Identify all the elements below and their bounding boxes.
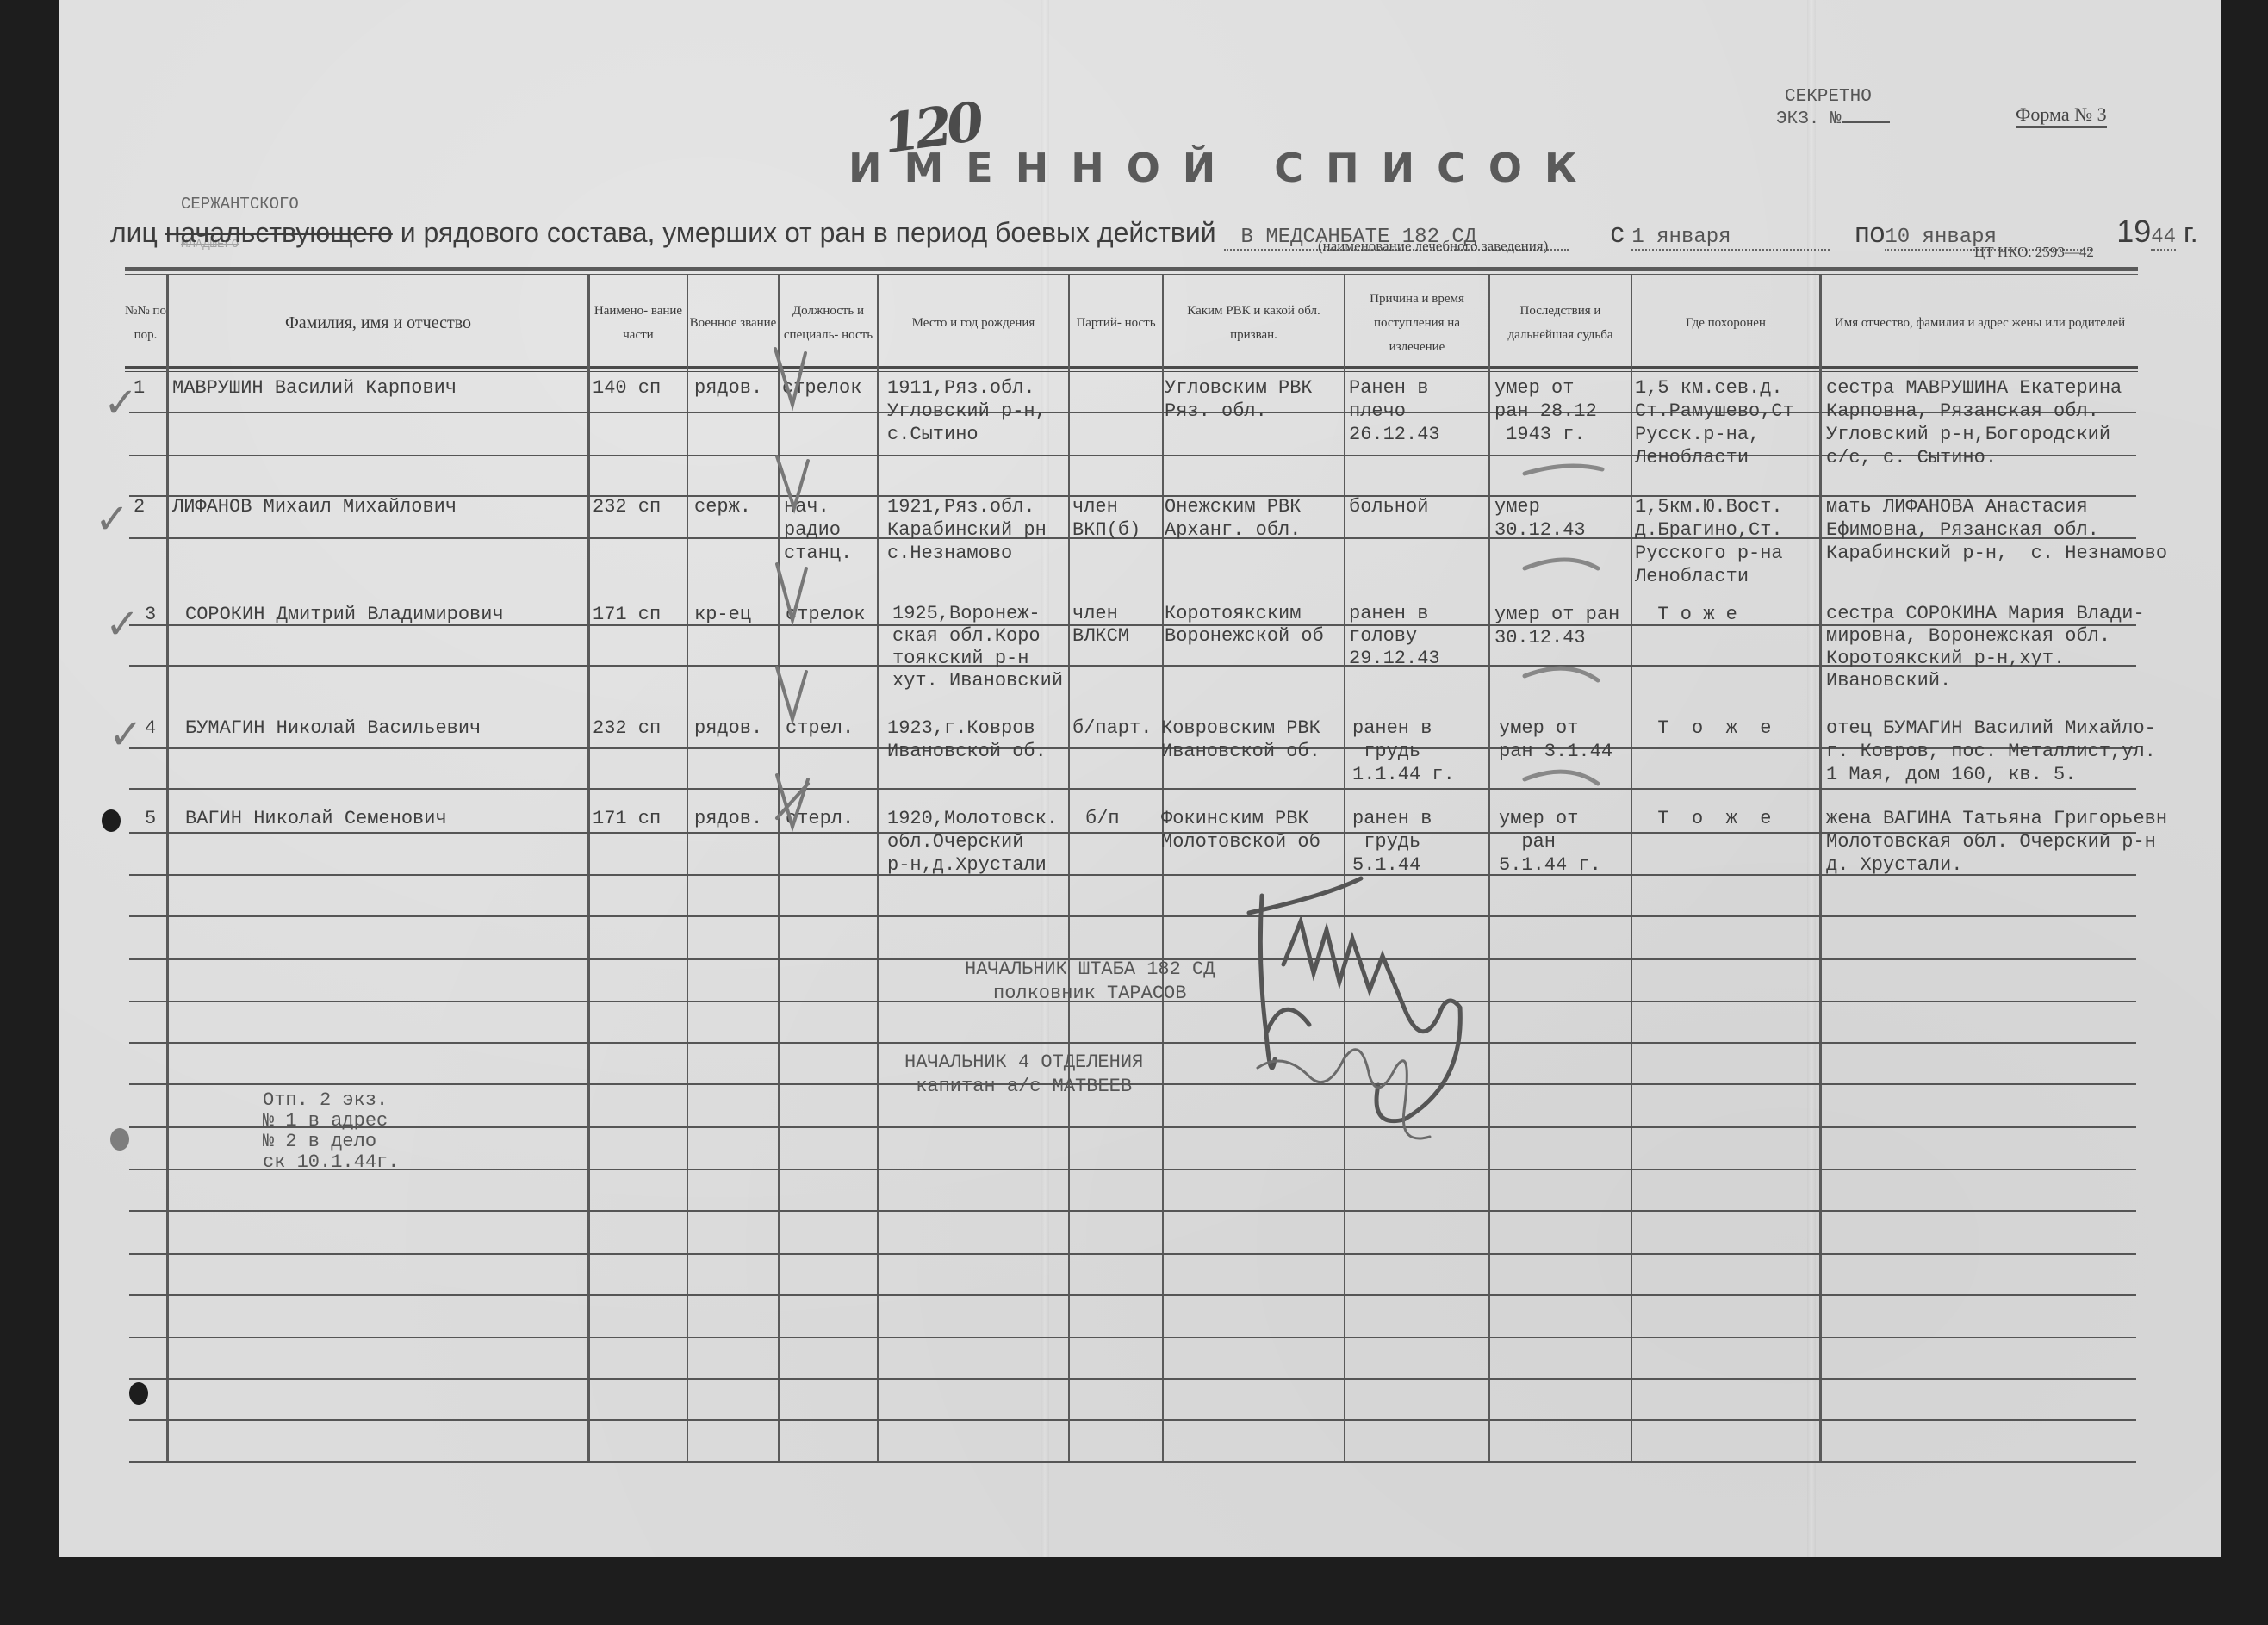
ruled-line <box>129 915 2136 917</box>
column-divider <box>687 274 688 1462</box>
rank-cell: кр-ец <box>694 603 751 626</box>
cause-cell: ранен в грудь 1.1.44 г. <box>1352 716 1455 786</box>
unit-cell: 232 сп <box>593 495 661 518</box>
person-name: БУМАГИН Николай Васильевич <box>185 716 481 740</box>
column-divider <box>1068 274 1070 1462</box>
chief-of-staff-signature-block: НАЧАЛЬНИК ШТАБА 182 СД полковник ТАРАСОВ <box>965 958 1215 1006</box>
subtitle-middle: и рядового состава, умерших от ран в пер… <box>401 217 1216 248</box>
institution-caption: (наименование лечебного заведения) <box>1318 238 1548 255</box>
secret-stamp: СЕКРЕТНО ЭКЗ. № <box>1776 86 1890 131</box>
pencil-dash-marks-icon <box>1516 456 1619 870</box>
form-code: ЦТ НКО. 2593—42 <box>1974 244 2094 261</box>
document-subtitle: лиц начальствующего и рядового состава, … <box>110 214 2198 251</box>
birth-cell: 1920,Молотовск. обл.Очерский р-н,д.Хруст… <box>887 807 1058 877</box>
pencil-check-mark: ✓ <box>105 600 140 648</box>
column-header-birth: Место и год рождения <box>879 280 1068 366</box>
fate-cell: умер от ран 28.12 1943 г. <box>1494 376 1597 446</box>
rank-cell: рядов. <box>694 807 762 830</box>
rvk-cell: Фокинским РВК Молотовской об <box>1161 807 1320 853</box>
ruled-line <box>129 1042 2136 1044</box>
copy-number-field <box>1842 121 1890 123</box>
burial-cell: 1,5км.Ю.Вост. д.Брагино,Ст. Русского р-н… <box>1635 495 1783 588</box>
form-number: Форма № 3 <box>2016 103 2107 128</box>
cause-cell: больной <box>1349 495 1428 518</box>
rvk-cell: Угловским РВК Ряз. обл. <box>1165 376 1313 423</box>
row-number: 2 <box>134 495 145 518</box>
relatives-cell: жена ВАГИНА Татьяна Григорьевн Молотовск… <box>1826 807 2167 877</box>
copy-distribution-notes: Отп. 2 экз. № 1 в адрес № 2 в дело ск 10… <box>263 1090 399 1173</box>
row-number: 5 <box>145 807 156 830</box>
relatives-cell: мать ЛИФАНОВА Анастасия Ефимовна, Рязанс… <box>1826 495 2167 565</box>
to-label: по <box>1855 217 1885 248</box>
copy-number-label: ЭКЗ. № <box>1776 109 1842 129</box>
year-unit: г. <box>2184 217 2198 248</box>
column-divider <box>1162 274 1164 1462</box>
punch-hole <box>102 809 121 832</box>
rvk-cell: Коротоякским Воронежской об <box>1165 603 1324 648</box>
row-number: 4 <box>145 716 156 740</box>
from-label: с <box>1610 217 1624 248</box>
ruled-line <box>129 1294 2136 1296</box>
ruled-line <box>129 1210 2136 1212</box>
rank-cell: рядов. <box>694 716 762 740</box>
header-bottom-border <box>125 371 2138 372</box>
column-divider <box>1631 274 1632 1462</box>
column-header-party: Партий- ность <box>1070 280 1162 366</box>
party-cell: б/п <box>1085 807 1120 830</box>
person-name: МАВРУШИН Василий Карпович <box>172 376 457 400</box>
unit-cell: 171 сп <box>593 603 661 626</box>
rank-cell: серж. <box>694 495 751 518</box>
pencil-check-mark: ✓ <box>103 379 138 427</box>
ruled-line <box>129 1419 2136 1421</box>
person-name: ВАГИН Николай Семенович <box>185 807 447 830</box>
pencil-check-mark: ✓ <box>95 495 129 543</box>
column-header-buried: Где похоронен <box>1632 280 1819 366</box>
cause-cell: Ранен в плечо 26.12.43 <box>1349 376 1440 446</box>
ruled-line <box>129 788 2136 790</box>
ruled-line <box>129 1337 2136 1338</box>
relatives-cell: сестра СОРОКИНА Мария Влади- мировна, Во… <box>1826 603 2145 692</box>
header-bottom-border <box>125 366 2138 369</box>
pencil-check-mark: ✓ <box>109 710 143 759</box>
secret-label: СЕКРЕТНО <box>1776 86 1890 109</box>
column-header-cause: Причина и время поступления на излечение <box>1345 280 1488 366</box>
column-divider <box>166 274 169 1462</box>
rvk-cell: Онежским РВК Арханг. обл. <box>1165 495 1301 542</box>
burial-cell: Т о ж е <box>1635 716 1771 740</box>
table-top-border <box>125 274 2138 275</box>
unit-cell: 232 сп <box>593 716 661 740</box>
handwritten-signature-icon <box>1232 861 1507 1171</box>
rank-cell: рядов. <box>694 376 762 400</box>
person-name: СОРОКИН Дмитрий Владимирович <box>185 603 504 626</box>
document-title: ИМЕННОЙ СПИСОК <box>848 145 1600 191</box>
column-header-number: №№ по пор. <box>125 280 166 366</box>
column-header-rvk: Каким РВК и какой обл. призван. <box>1164 280 1344 366</box>
ruled-line <box>129 1169 2136 1170</box>
column-divider <box>587 274 590 1462</box>
person-name: ЛИФАНОВ Михаил Михайлович <box>172 495 457 518</box>
burial-cell: Т о ж е <box>1635 807 1771 830</box>
column-header-unit: Наимено- вание части <box>590 280 687 366</box>
row-number: 3 <box>145 603 156 626</box>
ruled-line <box>129 1461 2136 1463</box>
pencil-marks-icon <box>758 336 827 870</box>
unit-cell: 171 сп <box>593 807 661 830</box>
department-chief-signature-block: НАЧАЛЬНИК 4 ОТДЕЛЕНИЯ капитан а/с МАТВЕЕ… <box>904 1051 1143 1099</box>
unit-cell: 140 сп <box>593 376 661 400</box>
column-header-fate: Последствия и дальнейшая судьба <box>1490 280 1631 366</box>
table-top-border <box>125 267 2138 271</box>
cause-cell: ранен в голову 29.12.43 <box>1349 603 1440 670</box>
subtitle-struck-word: начальствующего <box>165 217 393 248</box>
column-header-name: Фамилия, имя и отчество <box>169 280 587 366</box>
from-date-field: 1 января <box>1631 226 1830 251</box>
rvk-cell: Ковровским РВК Ивановской об. <box>1161 716 1320 763</box>
party-cell: член ВЛКСМ <box>1072 603 1129 648</box>
column-header-relatives: Имя отчество, фамилия и адрес жены или р… <box>1822 280 2138 366</box>
year-prefix: 19 <box>2116 214 2151 249</box>
birth-cell: 1925,Воронеж- ская обл.Коро тоякский р-н… <box>892 603 1063 692</box>
birth-cell: 1923,г.Ковров Ивановской об. <box>887 716 1047 763</box>
subtitle-prefix: лиц <box>110 217 158 248</box>
column-divider <box>1819 274 1822 1462</box>
birth-cell: 1911,Ряз.обл. Угловский р-н, с.Сытино <box>887 376 1047 446</box>
burial-cell: 1,5 км.сев.д. Ст.Рамушево,Ст Русск.р-на,… <box>1635 376 1794 469</box>
party-cell: член ВКП(б) <box>1072 495 1140 542</box>
ruled-line <box>129 1126 2136 1128</box>
relatives-cell: отец БУМАГИН Василий Михайло- г. Ковров,… <box>1826 716 2156 786</box>
inserted-word-sergeant: СЕРЖАНТСКОГО <box>181 195 299 214</box>
ruled-line <box>129 1378 2136 1380</box>
birth-cell: 1921,Ряз.обл. Карабинский рн с.Незнамово <box>887 495 1047 565</box>
punch-hole <box>129 1382 148 1405</box>
punch-hole <box>110 1128 129 1151</box>
burial-cell: Т о ж е <box>1635 603 1737 626</box>
ruled-line <box>129 1253 2136 1255</box>
relatives-cell: сестра МАВРУШИНА Екатерина Карповна, Ряз… <box>1826 376 2122 469</box>
year-field: 44 <box>2151 226 2176 251</box>
column-divider <box>877 274 879 1462</box>
party-cell: б/парт. <box>1072 716 1152 740</box>
